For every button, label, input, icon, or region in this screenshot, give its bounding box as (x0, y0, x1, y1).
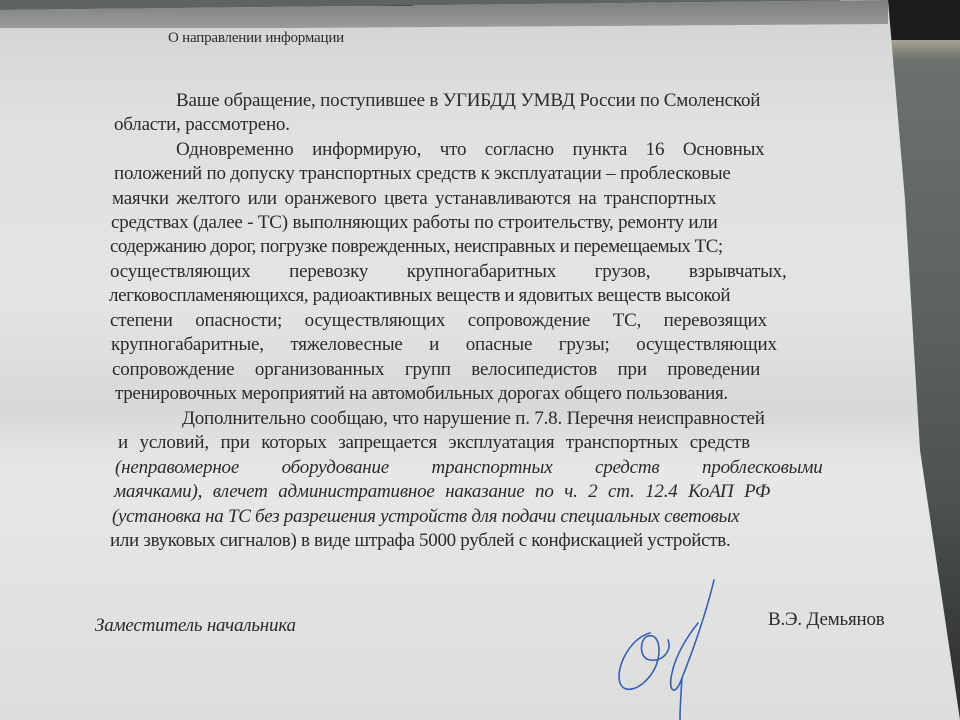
paragraph-line: положений по допуску транспортных средст… (114, 163, 731, 185)
signatory-name: В.Э. Демьянов (768, 609, 885, 631)
header-rule-left (190, 3, 285, 4)
paragraph-line: и условий, при которых запрещается экспл… (118, 432, 750, 454)
background-shadow (885, 0, 960, 40)
paragraph-line: маячки желтого или оранжевого цвета уста… (112, 188, 716, 210)
handwritten-signature (610, 578, 720, 720)
paragraph-line: Дополнительно сообщаю, что нарушение п. … (182, 408, 765, 430)
signatory-position: Заместитель начальника (95, 615, 296, 637)
header-rule-right (308, 5, 413, 6)
paragraph-line: Одновременно информирую, что согласно пу… (176, 139, 852, 161)
paragraph-line: маячками), влечет административное наказ… (114, 481, 770, 503)
paragraph-line: тренировочных мероприятий на автомобильн… (115, 383, 728, 405)
paragraph-line: средствах (далее - ТС) выполняющих работ… (111, 212, 718, 234)
paragraph-line: степени опасности; осуществляющих сопров… (110, 310, 767, 332)
document-subject: О направлении информации (168, 30, 344, 47)
paragraph-line: крупногабаритные, тяжеловесные и опасные… (111, 334, 777, 356)
paragraph-line: содержанию дорог, погрузке поврежденных,… (110, 236, 723, 258)
paragraph-line: (неправомерное оборудование транспортных… (115, 457, 823, 479)
paragraph-line: области, рассмотрено. (114, 114, 290, 136)
paragraph-line: (установка на ТС без разрешения устройст… (112, 506, 739, 528)
paragraph-line: сопровождение организованных групп велос… (112, 359, 760, 381)
paragraph-line: Ваше обращение, поступившее в УГИБДД УМВ… (176, 90, 760, 112)
paragraph-line: легковоспламеняющихся, радиоактивных вещ… (109, 285, 730, 307)
paragraph-line: осуществляющих перевозку крупногабаритны… (110, 261, 787, 283)
document-page: О направлении информации Ваше обращение,… (0, 0, 960, 720)
paragraph-line: или звуковых сигналов) в виде штрафа 500… (110, 530, 730, 552)
page-fold-shadow (0, 0, 960, 28)
